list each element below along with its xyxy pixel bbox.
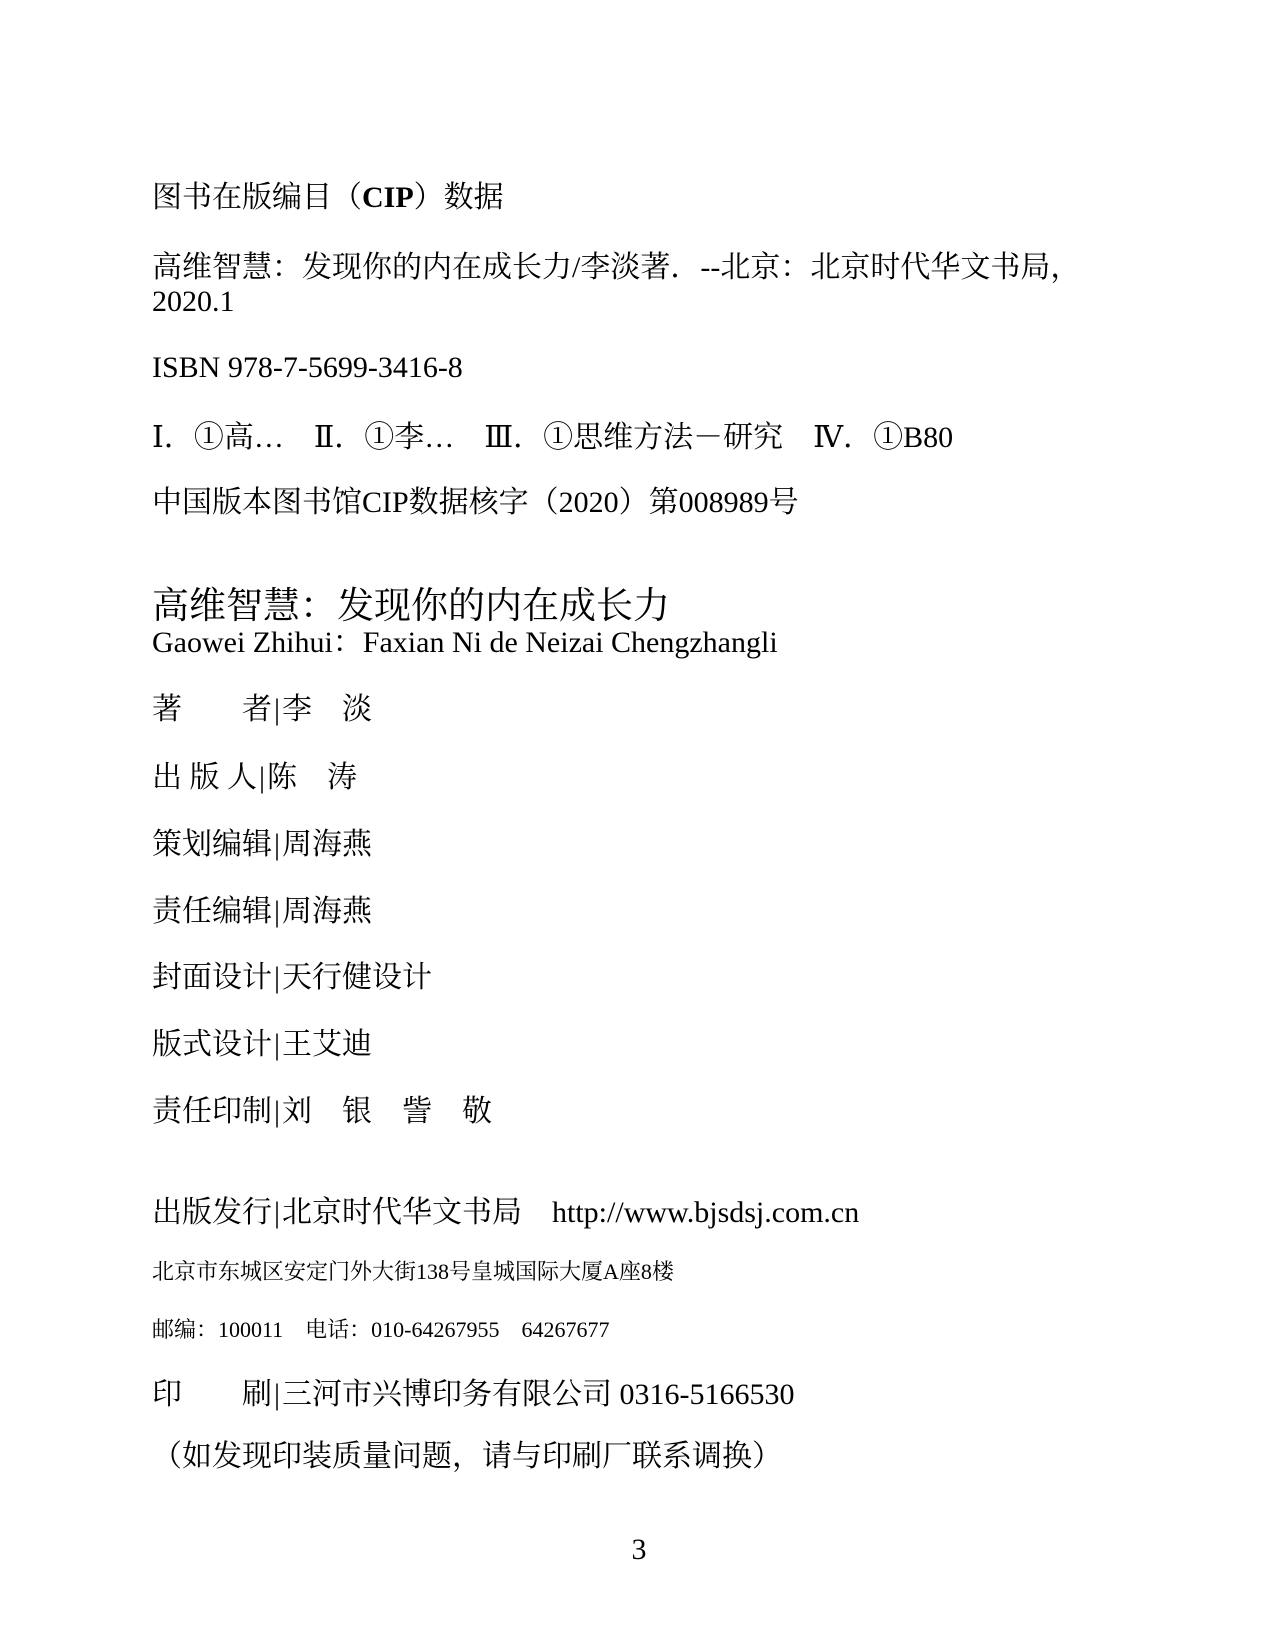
- cip-record-line: 高维智慧：发现你的内在成长力/李淡著．--北京：北京时代华文书局，: [152, 250, 1080, 286]
- cip-heading-suffix: ）数据: [414, 181, 504, 214]
- credit-label: 封面设计: [152, 960, 272, 996]
- separator: |: [274, 692, 280, 728]
- isbn: ISBN 978-7-5699-3416-8: [152, 350, 463, 386]
- credit-value: 陈 涛: [267, 761, 357, 794]
- book-title-cn: 高维智慧：发现你的内在成长力: [152, 585, 670, 629]
- credit-label: 出 版 人: [152, 760, 257, 796]
- printer-line: 印 刷|三河市兴博印务有限公司 0316-5166530: [152, 1377, 795, 1413]
- publisher-contact: 邮编：100011 电话：010-64267955 64267677: [152, 1316, 610, 1344]
- credit-value: 王艾迪: [282, 1028, 372, 1061]
- publisher-address: 北京市东城区安定门外大街138号皇城国际大厦A座8楼: [152, 1258, 674, 1286]
- classification: Ⅰ．①高… Ⅱ．①李… Ⅲ．①思维方法－研究 Ⅳ．①B80: [152, 420, 953, 456]
- credit-print-supervisor: 责任印制|刘 银 訾 敬: [152, 1094, 492, 1130]
- separator: |: [274, 1195, 280, 1231]
- credit-value: 周海燕: [282, 828, 372, 861]
- separator: |: [274, 894, 280, 930]
- cip-heading-bold: CIP: [362, 181, 414, 214]
- separator: |: [259, 760, 265, 796]
- credit-publisher-person: 出 版 人|陈 涛: [152, 760, 357, 796]
- quality-note: （如发现印装质量问题，请与印刷厂联系调换）: [152, 1439, 782, 1475]
- credit-label: 责任编辑: [152, 894, 272, 930]
- printer-value: 三河市兴博印务有限公司 0316-5166530: [282, 1378, 795, 1411]
- separator: |: [274, 1377, 280, 1413]
- cip-heading-prefix: 图书在版编目（: [152, 181, 362, 214]
- separator: |: [274, 1094, 280, 1130]
- page-number: 3: [627, 1532, 651, 1568]
- book-title-pinyin: Gaowei Zhihui：Faxian Ni de Neizai Chengz…: [152, 625, 778, 661]
- separator: |: [274, 827, 280, 863]
- credit-value: 刘 银 訾 敬: [282, 1095, 492, 1128]
- separator: |: [274, 960, 280, 996]
- credit-label: 策划编辑: [152, 827, 272, 863]
- cip-heading: 图书在版编目（CIP）数据: [152, 180, 504, 216]
- credit-value: 天行健设计: [282, 961, 432, 994]
- publisher-line: 出版发行|北京时代华文书局 http://www.bjsdsj.com.cn: [152, 1195, 859, 1231]
- credit-cover-design: 封面设计|天行健设计: [152, 960, 432, 996]
- credit-layout-design: 版式设计|王艾迪: [152, 1027, 372, 1063]
- separator: |: [274, 1027, 280, 1063]
- printer-label: 印 刷: [152, 1378, 272, 1411]
- publisher-label: 出版发行: [152, 1196, 272, 1229]
- credit-label: 责任印制: [152, 1094, 272, 1130]
- publisher-name: 北京时代华文书局: [282, 1196, 522, 1229]
- credit-responsible-editor: 责任编辑|周海燕: [152, 894, 372, 930]
- credit-author: 著 者|李 淡: [152, 692, 372, 728]
- credit-value: 李 淡: [282, 693, 372, 726]
- publisher-url: http://www.bjsdsj.com.cn: [552, 1196, 859, 1229]
- credit-label: 著 者: [152, 692, 272, 728]
- cip-record-line-cont: 2020.1: [152, 284, 235, 320]
- cip-verification: 中国版本图书馆CIP数据核字（2020）第008989号: [152, 485, 799, 521]
- credit-planning-editor: 策划编辑|周海燕: [152, 827, 372, 863]
- credit-label: 版式设计: [152, 1027, 272, 1063]
- credit-value: 周海燕: [282, 895, 372, 928]
